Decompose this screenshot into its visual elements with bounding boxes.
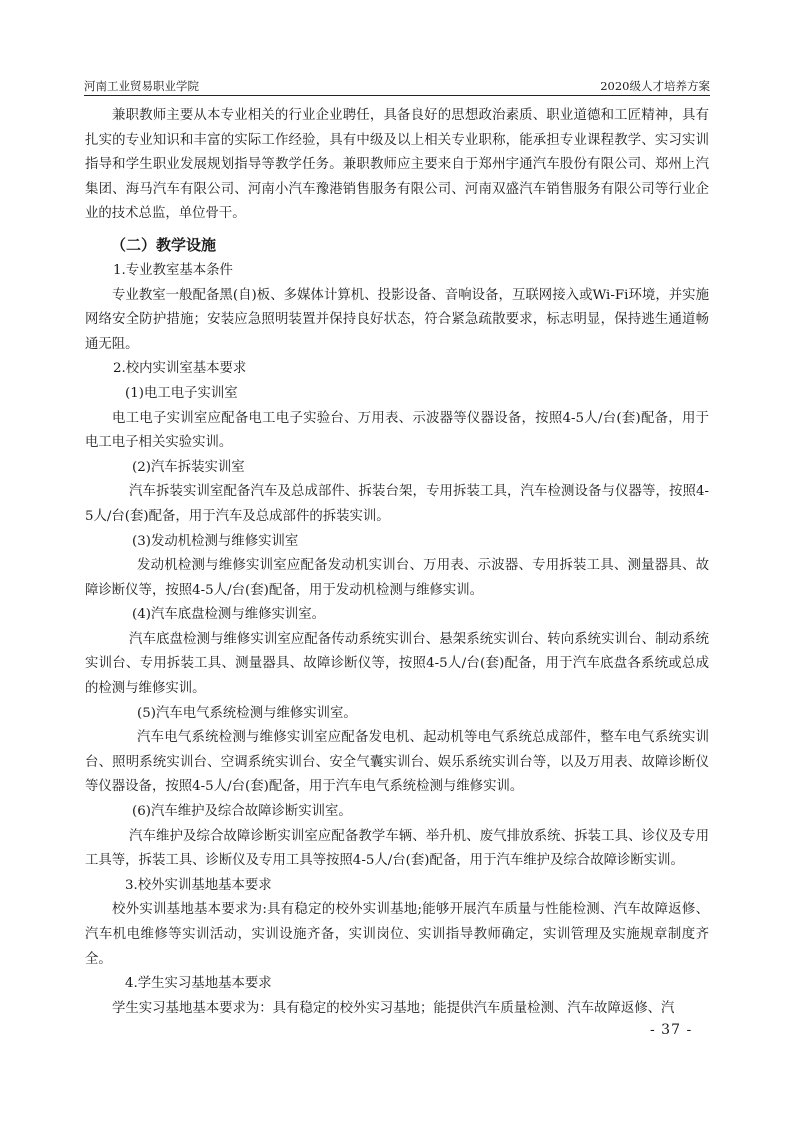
section-heading: （二）教学设施: [85, 232, 709, 259]
lab-3-title: (3)发动机检测与维修实训室: [85, 530, 709, 555]
lab-6-title: (6)汽车维护及综合故障诊断实训室。: [85, 800, 709, 825]
lab-2-text: 汽车拆装实训室配备汽车及总成部件、拆装台架，专用拆装工具，汽车检测设备与仪器等，…: [85, 480, 709, 529]
subsection-1-text: 专业教室一般配备黑(自)板、多媒体计算机、投影设备、音响设备，互联网接入或Wi-…: [85, 284, 709, 358]
lab-4-text: 汽车底盘检测与维修实训室应配备传动系统实训台、悬架系统实训台、转向系统实训台、制…: [85, 628, 709, 702]
header-doc-title: 2020级人才培养方案: [600, 78, 710, 94]
subsection-3-text: 校外实训基地基本要求为:具有稳定的校外实训基地;能够开展汽车质量与性能检测、汽车…: [85, 898, 709, 972]
lab-4-title: (4)汽车底盘检测与维修实训室。: [85, 603, 709, 628]
header-divider: [84, 95, 710, 96]
subsection-4-title: 4.学生实习基地基本要求: [85, 972, 709, 997]
lab-5-text: 汽车电气系统检测与维修实训室应配备发电机、起动机等电气系统总成部件，整车电气系统…: [85, 726, 709, 800]
document-body: 兼职教师主要从本专业相关的行业企业聘任，具备良好的思想政治素质、职业道德和工匠精…: [85, 104, 709, 1021]
lab-1-text: 电工电子实训室应配备电工电子实验台、万用表、示波器等仪器设备，按照4-5人/台(…: [85, 407, 709, 456]
subsection-3-title: 3.校外实训基地基本要求: [85, 874, 709, 899]
lab-3-text: 发动机检测与维修实训室应配备发动机实训台、万用表、示波器、专用拆装工具、测量器具…: [85, 554, 709, 603]
lab-5-title: (5)汽车电气系统检测与维修实训室。: [85, 702, 709, 727]
page-header: 河南工业贸易职业学院 2020级人才培养方案: [84, 76, 710, 94]
lab-6-text: 汽车维护及综合故障诊断实训室应配备教学车辆、举升机、废气排放系统、拆装工具、诊仪…: [85, 825, 709, 874]
page-number: - 37 -: [650, 1022, 692, 1038]
header-institution: 河南工业贸易职业学院: [84, 78, 199, 94]
subsection-2-title: 2.校内实训室基本要求: [85, 357, 709, 382]
intro-paragraph: 兼职教师主要从本专业相关的行业企业聘任，具备良好的思想政治素质、职业道德和工匠精…: [85, 104, 709, 227]
subsection-1-title: 1.专业教室基本条件: [85, 259, 709, 284]
subsection-4-text: 学生实习基地基本要求为：具有稳定的校外实习基地；能提供汽车质量检测、汽车故障返修…: [85, 997, 709, 1022]
lab-1-title: (1)电工电子实训室: [85, 382, 709, 407]
lab-2-title: (2)汽车拆装实训室: [85, 456, 709, 481]
